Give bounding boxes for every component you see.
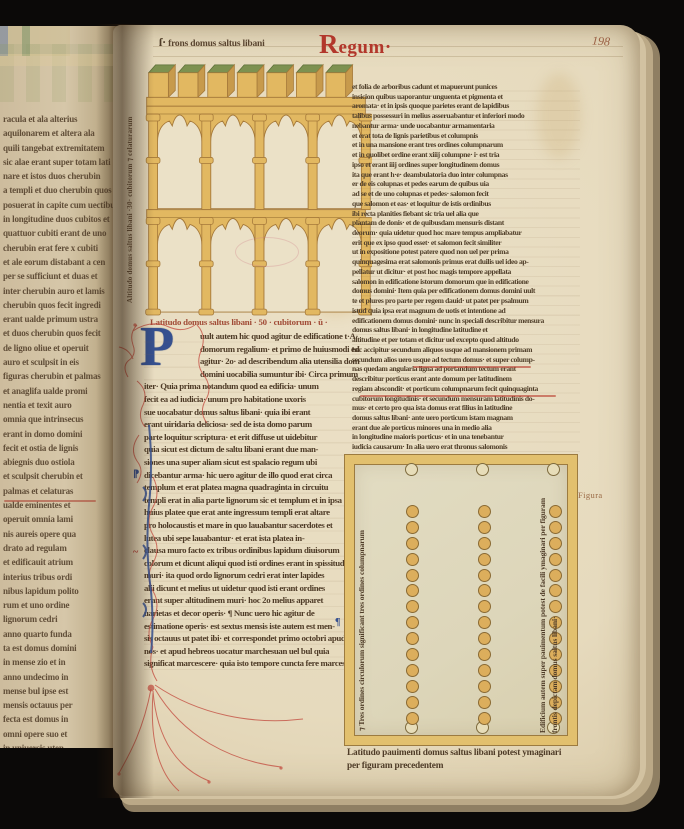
diagram-caption-bottom: Latitudo pauimenti domus saltus libani p… xyxy=(347,747,607,772)
column-dot xyxy=(405,463,418,476)
header-text: frons domus saltus libani xyxy=(168,39,264,49)
column-dot xyxy=(406,537,419,550)
column-dot xyxy=(406,616,419,629)
text-line: ibi recta planities fiebant sic tria uel… xyxy=(352,209,580,219)
text-line: sis octauus ut patet ibi· et corresponde… xyxy=(144,632,360,645)
text-line: agitur· 2o· ad describendum alia utensil… xyxy=(144,355,360,368)
text-line: plantam de donis· et de quibusdam mensur… xyxy=(352,218,580,228)
column-dot xyxy=(406,521,419,534)
text-line: regiam abscondit· et porticum columpnaru… xyxy=(352,384,580,394)
column-of-dots-2 xyxy=(478,505,491,725)
text-line: domini uocabilia sumuntur ibi· Circa pri… xyxy=(144,368,360,381)
text-line: et erat tota de lignis parietibus et col… xyxy=(352,131,580,141)
text-line: pro holocaustis et mare in quo lauabantu… xyxy=(144,519,360,532)
text-line: erit que ex ipso quod esset· et salomon … xyxy=(352,238,580,248)
text-line: deorum· quia uidetur quod hoc mare tempu… xyxy=(352,228,580,238)
folio-number: 198 xyxy=(591,33,610,49)
text-line: parte loquitur scriptura· et erit diffus… xyxy=(144,431,360,444)
text-line: insicion quibus uaporantur unguenta et p… xyxy=(352,92,580,102)
text-line: salomon in edificatione istorum domorum … xyxy=(352,277,580,287)
column-dot xyxy=(478,632,491,645)
text-line: mus· et certo pro qua ista domus erat fi… xyxy=(352,403,580,413)
column-dot xyxy=(478,664,491,677)
text-line: altitudine et per totam et dicitur uel e… xyxy=(352,335,580,345)
column-dot xyxy=(406,505,419,518)
text-line: nos· et apud hebreos uocatur marchesuan … xyxy=(144,645,360,658)
text-line: fecit ea ad iudicia· unum pro habitation… xyxy=(144,393,360,406)
column-dot xyxy=(406,712,419,725)
column-dot xyxy=(478,521,491,534)
column-dot xyxy=(406,600,419,613)
text-line: clausa muro facto ex tribus ordinibus la… xyxy=(144,544,360,557)
text-line: quia sicut est dictum de saltu libani er… xyxy=(144,443,360,456)
text-line: describitur porticus erant ante domum pe… xyxy=(352,374,580,384)
column-dot xyxy=(406,680,419,693)
red-underline xyxy=(413,366,531,368)
column-dot xyxy=(406,584,419,597)
column-dot xyxy=(478,569,491,582)
text-line: uult autem hic quod agitur de edificatio… xyxy=(144,330,360,343)
text-line: templum et erat platea magna quadraginta… xyxy=(144,481,360,494)
text-line: ita que erant h·e· deambulatoria duo int… xyxy=(352,170,580,180)
text-line: huius platee que erat ante ingressum tem… xyxy=(144,506,360,519)
text-line: nebantur arma· unde uocabantur armamenta… xyxy=(352,121,580,131)
text-line: significat marcescere· quia isto tempore… xyxy=(144,657,360,670)
text-line: erant uiridaria deliciosa· sed de ista d… xyxy=(144,418,360,431)
column-dot xyxy=(478,584,491,597)
text-line: er de eis colupnas et pedes earum de qui… xyxy=(352,179,580,189)
text-line: domus saltus libani· in longitudine lati… xyxy=(352,325,580,335)
column-dot xyxy=(406,696,419,709)
crenellation-row xyxy=(149,65,353,98)
column-dot xyxy=(476,463,489,476)
text-line: hec accipitur secundum aliquos usque ad … xyxy=(352,345,580,355)
architectural-drawing xyxy=(142,55,372,317)
text-line: erant super altitudinem muri· hoc 2o mel… xyxy=(144,594,360,607)
text-line: iudicia causarum· In alia uero erat thro… xyxy=(352,442,580,452)
column-dot xyxy=(478,537,491,550)
left-text-column: uult autem hic quod agitur de edificatio… xyxy=(144,330,360,670)
text-line: pellatur ut dicitur· et post hoc magis t… xyxy=(352,267,580,277)
text-line: istud quia ipsa erat magnum de uotis et … xyxy=(352,306,580,316)
manuscript-page: ſ· frons domus saltus libani Regum· 198 xyxy=(113,25,640,796)
frame-dots-top xyxy=(405,463,560,476)
text-line: quinquagesima erat salomonis primus erat… xyxy=(352,257,580,267)
column-dot xyxy=(478,553,491,566)
text-line: domus saltus libani· ante uero porticum … xyxy=(352,413,580,423)
column-dot xyxy=(478,600,491,613)
text-line: domorum regalium· et primo de huiusmodi … xyxy=(144,343,360,356)
text-line: et in quolibet ordine erant xiiij colump… xyxy=(352,150,580,160)
text-line: te et plures pro parte per regem dauid· … xyxy=(352,296,580,306)
text-line: et folia de arboribus cadunt et mapuerun… xyxy=(352,82,580,92)
text-line: dicebantur arma· hic uero agitur de illo… xyxy=(144,469,360,482)
text-line: sue uocabatur domus saltus libani· quia … xyxy=(144,406,360,419)
gutter-shadow xyxy=(96,24,154,798)
text-line: alii dicunt et melius ut uidetur quod is… xyxy=(144,582,360,595)
text-line: edificationem domus domini· nunc in spec… xyxy=(352,316,580,326)
text-line: erant due ale porticus minores una in me… xyxy=(352,423,580,433)
column-dot xyxy=(406,569,419,582)
columns-pavement-diagram: ⁊ Tres ordines circulorum significant tr… xyxy=(345,455,577,745)
text-line: ipso et erant iiij ordines super longitu… xyxy=(352,160,580,170)
text-line: domus domini· Item quia per edificatione… xyxy=(352,286,580,296)
column-dot xyxy=(478,648,491,661)
caption-line: Latitudo pauimenti domus saltus libani p… xyxy=(347,747,607,760)
text-line: que salomon et eas· et loquitur de istis… xyxy=(352,199,580,209)
text-line: in longitudine maioris porticus· et in u… xyxy=(352,432,580,442)
running-header: ſ· frons domus saltus libani xyxy=(159,35,265,50)
column-dot xyxy=(406,553,419,566)
text-line: estimatione operis· est sextus mensis is… xyxy=(144,620,360,633)
text-line: ad se et de uno colupnas et pedes· salom… xyxy=(352,189,580,199)
caption-line: per figuram precedentem xyxy=(347,760,607,773)
manuscript-photo: { "palette":{ "background_black":"#0b090… xyxy=(0,0,684,829)
text-line: aromata· et in ipsis quoque parietes era… xyxy=(352,101,580,111)
text-line: secundum alios uero usque ad tectum domu… xyxy=(352,355,580,365)
column-dot xyxy=(406,648,419,661)
column-of-dots-1 xyxy=(406,505,419,725)
column-dot xyxy=(406,632,419,645)
text-line: colorum et dicunt aliqui quod isti ordin… xyxy=(144,557,360,570)
column-dot xyxy=(406,664,419,677)
text-line: talibus possessuri in melius asseruabant… xyxy=(352,111,580,121)
text-line: siones una super aliam sicut est spalaci… xyxy=(144,456,360,469)
text-line: et in una mansione erant tres ordines co… xyxy=(352,140,580,150)
text-line: iter· Quia prima notandum quod ea edific… xyxy=(144,380,360,393)
rubric-line: Latitudo domus saltus libani · 50 · cubi… xyxy=(150,317,328,327)
diagram-caption-right-2: frontis depictam domus saltus libani· xyxy=(550,471,559,733)
header-flourish-mark: ſ· xyxy=(159,35,166,49)
column-dot xyxy=(478,712,491,725)
show-through-arch-ghost xyxy=(235,237,299,267)
text-line: templi erat in alia parte lignorum sic e… xyxy=(144,494,360,507)
text-line: ut in expositione potest patere quod non… xyxy=(352,247,580,257)
red-underline xyxy=(4,500,96,502)
text-line: uarietas et decor operis· ¶ Nunc uero hi… xyxy=(144,607,360,620)
column-dot xyxy=(478,505,491,518)
diagram-caption-right-1: Edificium autem super pauimentum potest … xyxy=(538,471,547,733)
text-line: lutea ubi sepe lauabantur· et erat ista … xyxy=(144,532,360,545)
marginal-figura-note: Figura xyxy=(578,490,603,500)
column-dot xyxy=(478,680,491,693)
text-line: muri· ita quod ordo lignorum cedri erat … xyxy=(144,569,360,582)
pilcrow-mark: ¶ xyxy=(335,617,340,628)
column-dot xyxy=(478,696,491,709)
upper-arcade xyxy=(146,106,372,209)
diagram-caption-left: ⁊ Tres ordines circulorum significant tr… xyxy=(357,481,366,731)
column-dot xyxy=(478,616,491,629)
red-underline xyxy=(360,395,556,397)
